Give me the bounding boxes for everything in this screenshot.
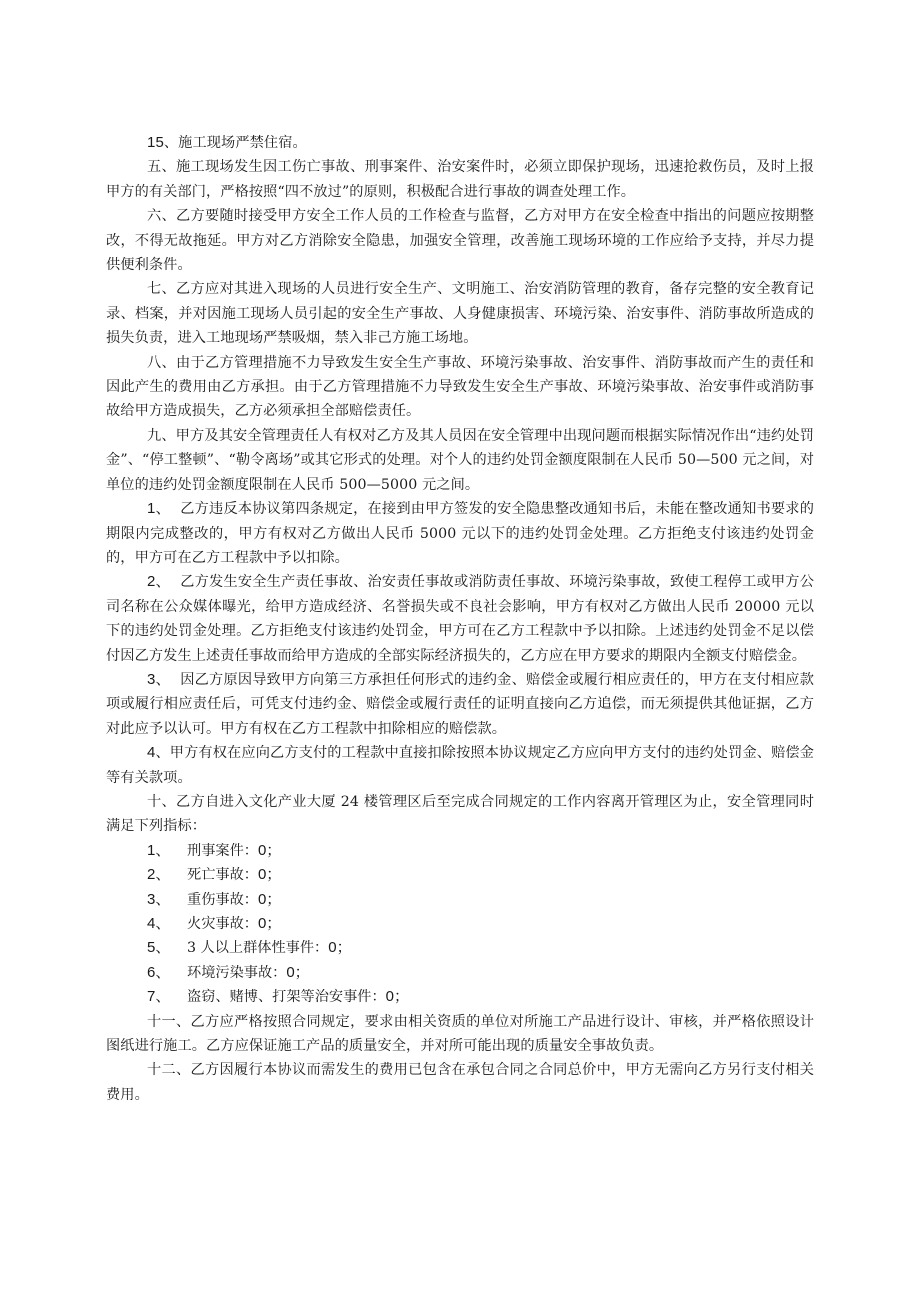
- clause-9-4: 4、甲方有权在应向乙方支付的工程款中直接扣除按照本协议规定乙方应向甲方支付的违约…: [106, 741, 814, 790]
- clause-11: 十一、乙方应严格按照合同规定，要求由相关资质的单位对所施工产品进行设计、审核，并…: [106, 1010, 814, 1059]
- clause-5: 五、施工现场发生因工伤亡事故、刑事案件、治安案件时，必须立即保护现场，迅速抢救伤…: [106, 155, 814, 204]
- indicator-item: 4、火灾事故：0；: [106, 912, 814, 936]
- clause-8: 八、由于乙方管理措施不力导致发生安全生产事故、环境污染事故、治安事件、消防事故而…: [106, 351, 814, 424]
- clause-7: 七、乙方应对其进入现场的人员进行安全生产、文明施工、治安消防管理的教育，备存完整…: [106, 277, 814, 350]
- document-page: 15、施工现场严禁住宿。 五、施工现场发生因工伤亡事故、刑事案件、治安案件时，必…: [106, 131, 814, 1107]
- clause-10: 十、乙方自进入文化产业大厦 24 楼管理区后至完成合同规定的工作内容离开管理区为…: [106, 790, 814, 839]
- clause-9-3: 3、 因乙方原因导致甲方向第三方承担任何形式的违约金、赔偿金或履行相应责任的，甲…: [106, 668, 814, 741]
- indicator-list: 1、刑事案件：0； 2、死亡事故：0； 3、重伤事故：0； 4、火灾事故：0； …: [106, 839, 814, 1010]
- indicator-item: 3、重伤事故：0；: [106, 888, 814, 912]
- clause-12: 十二、乙方因履行本协议而需发生的费用已包含在承包合同之合同总价中，甲方无需向乙方…: [106, 1058, 814, 1107]
- clause-9: 九、甲方及其安全管理责任人有权对乙方及其人员因在安全管理中出现问题而根据实际情况…: [106, 424, 814, 497]
- indicator-item: 7、盗窃、赌博、打架等治安事件：0；: [106, 985, 814, 1009]
- indicator-item: 1、刑事案件：0；: [106, 839, 814, 863]
- indicator-item: 2、死亡事故：0；: [106, 863, 814, 887]
- clause-9-2: 2、 乙方发生安全生产责任事故、治安责任事故或消防责任事故、环境污染事故，致使工…: [106, 570, 814, 668]
- clause-6: 六、乙方要随时接受甲方安全工作人员的工作检查与监督，乙方对甲方在安全检查中指出的…: [106, 204, 814, 277]
- clause-15: 15、施工现场严禁住宿。: [106, 131, 814, 155]
- clause-9-1: 1、 乙方违反本协议第四条规定，在接到由甲方签发的安全隐患整改通知书后，未能在整…: [106, 497, 814, 570]
- indicator-item: 6、环境污染事故：0；: [106, 961, 814, 985]
- indicator-item: 5、3 人以上群体性事件：0；: [106, 936, 814, 960]
